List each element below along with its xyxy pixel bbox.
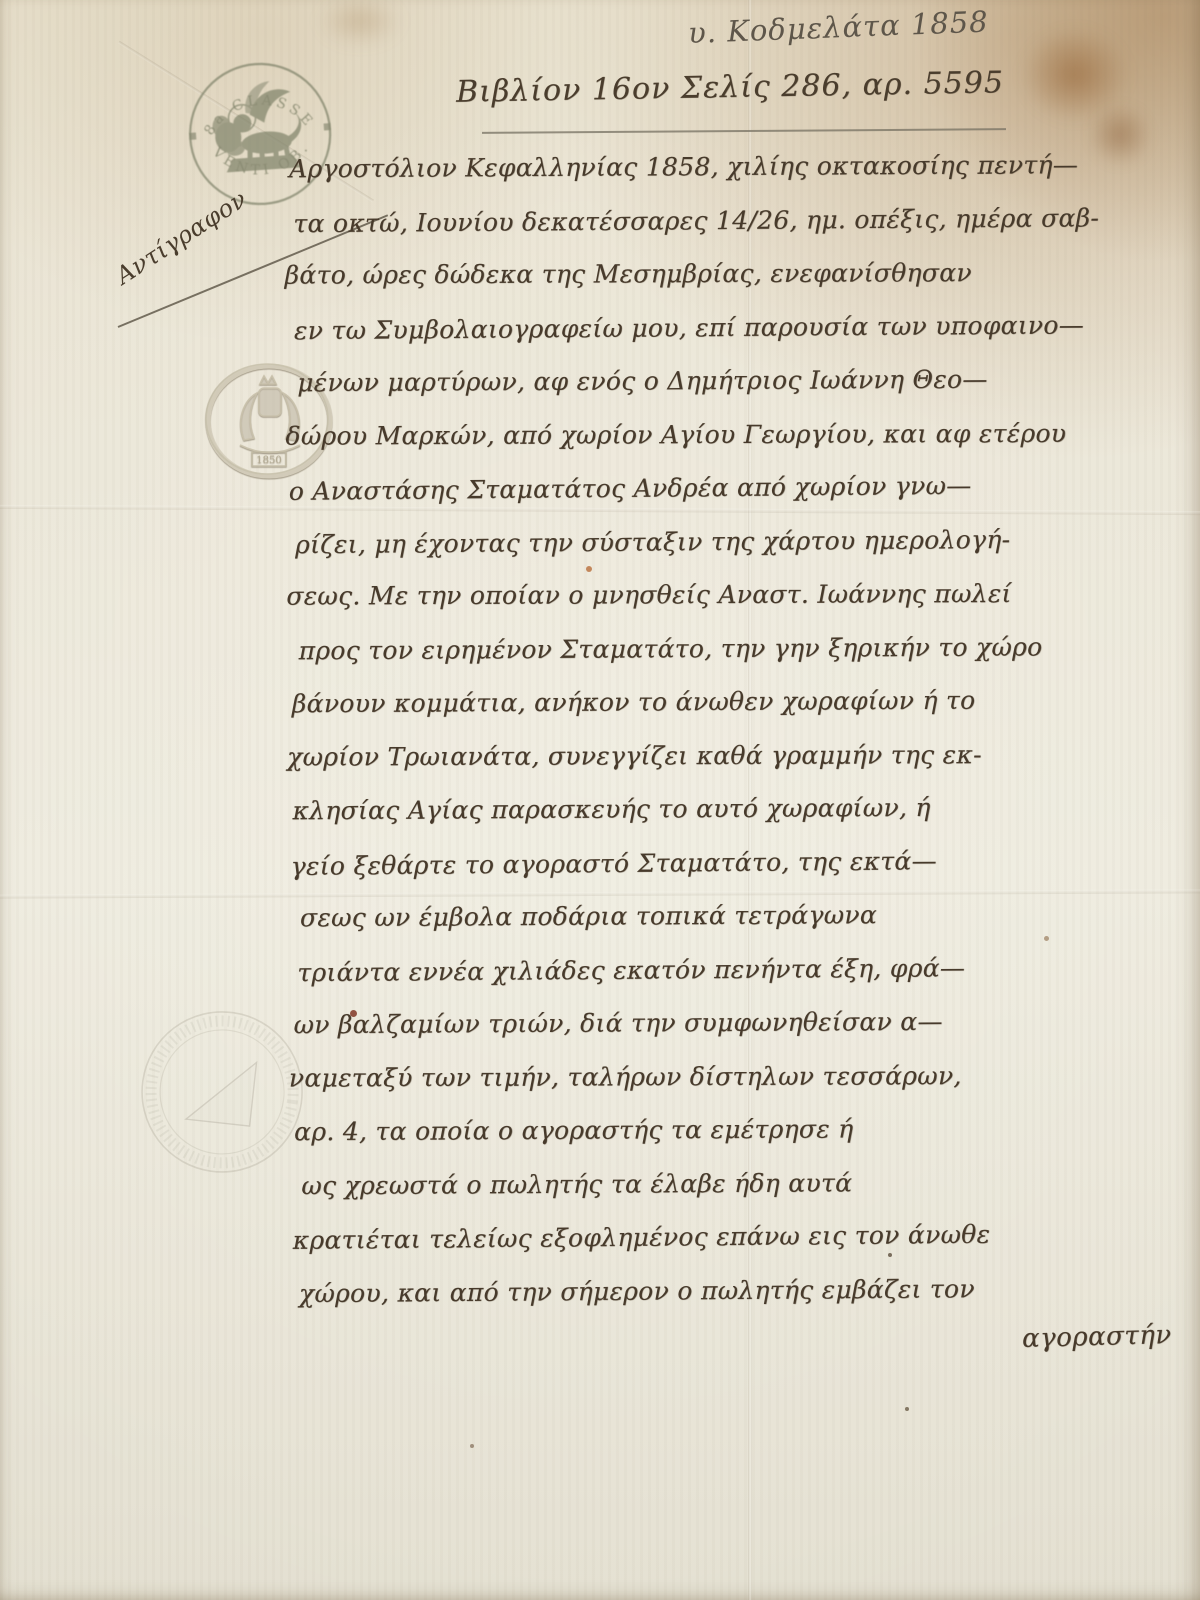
margin-note: Αντίγραφον	[111, 185, 252, 290]
manuscript-line: Αργοστόλιον Κεφαλληνίας 1858, χιλίης οκτ…	[289, 138, 1169, 196]
ink-speck	[470, 1444, 474, 1448]
manuscript-line: μένων μαρτύρων, αφ ενός ο Δημήτριος Ιωάν…	[297, 352, 1177, 410]
header-line: Βιβλίον 16ον Σελίς 286, αρ. 5595	[330, 63, 1130, 112]
document-paper: 8a CLASSE VENTI OB.	[0, 0, 1200, 1600]
manuscript-line: ως χρεωστά ο πωλητής τα έλαβε ήδη αυτά	[301, 1154, 1181, 1212]
manuscript-line: βάνουν κομμάτια, ανήκον το άνωθεν χωραφί…	[292, 673, 1172, 731]
manuscript-line: ρίζει, μη έχοντας την σύσταξιν της χάρτο…	[295, 511, 1175, 571]
manuscript-line: τα οκτώ, Ιουνίου δεκατέσσαρες 14/26, ημ.…	[293, 190, 1173, 250]
manuscript-line: ων βαλζαμίων τριών, διά την συμφωνηθείσα…	[293, 994, 1173, 1052]
manuscript-line: γείο ξεθάρτε το αγοραστό Σταματάτο, της …	[290, 832, 1170, 893]
faint-emblem-icon	[186, 1054, 259, 1128]
photo-background: 8a CLASSE VENTI OB.	[0, 0, 1200, 1600]
manuscript-line: χώρου, και από την σήμερον ο πωλητής εμβ…	[299, 1260, 1179, 1320]
manuscript-line: ναμεταξύ των τιμήν, ταλήρων δίστηλων τεσ…	[289, 1048, 1169, 1105]
manuscript-line: προς τον ειρημένον Σταματάτο, την γην ξη…	[298, 619, 1178, 677]
header-underline	[482, 128, 1006, 134]
manuscript-line: σεως ων έμβολα ποδάρια τοπικά τετράγωνα	[300, 887, 1180, 945]
pencil-annotation: υ. Κοδμελάτα 1858	[688, 0, 1109, 50]
manuscript-line: δώρου Μαρκών, από χωρίον Αγίου Γεωργίου,…	[285, 406, 1165, 463]
manuscript-line: ο Αναστάσης Σταματάτος Ανδρέα από χωρίον…	[289, 457, 1169, 518]
closing-word: αγοραστήν	[1022, 1320, 1172, 1354]
manuscript-line: χωρίον Τρωιανάτα, συνεγγίζει καθά γραμμή…	[287, 727, 1167, 784]
manuscript-line: κρατιέται τελείως εξοφλημένος επάνω εις …	[292, 1206, 1172, 1267]
manuscript-body: Αργοστόλιον Κεφαλληνίας 1858, χιλίης οκτ…	[289, 138, 1175, 1320]
manuscript-line: αρ. 4, τα οποία ο αγοραστής τα εμέτρησε …	[294, 1101, 1174, 1159]
embossed-plate-text: 1850	[256, 455, 281, 466]
manuscript-line: σεως. Με την οποίαν ο μνησθείς Αναστ. Ιω…	[286, 566, 1166, 623]
manuscript-line: κλησίας Αγίας παρασκευής το αυτό χωραφίω…	[292, 780, 1172, 838]
ink-speck	[905, 1407, 909, 1411]
manuscript-line: τριάντα εννέα χιλιάδες εκατόν πενήντα έξ…	[297, 939, 1177, 999]
manuscript-line: βάτο, ώρες δώδεκα της Μεσημβρίας, ενεφαν…	[285, 245, 1165, 302]
manuscript-line: εν τω Συμβολαιογραφείω μου, επί παρουσία…	[294, 297, 1174, 357]
